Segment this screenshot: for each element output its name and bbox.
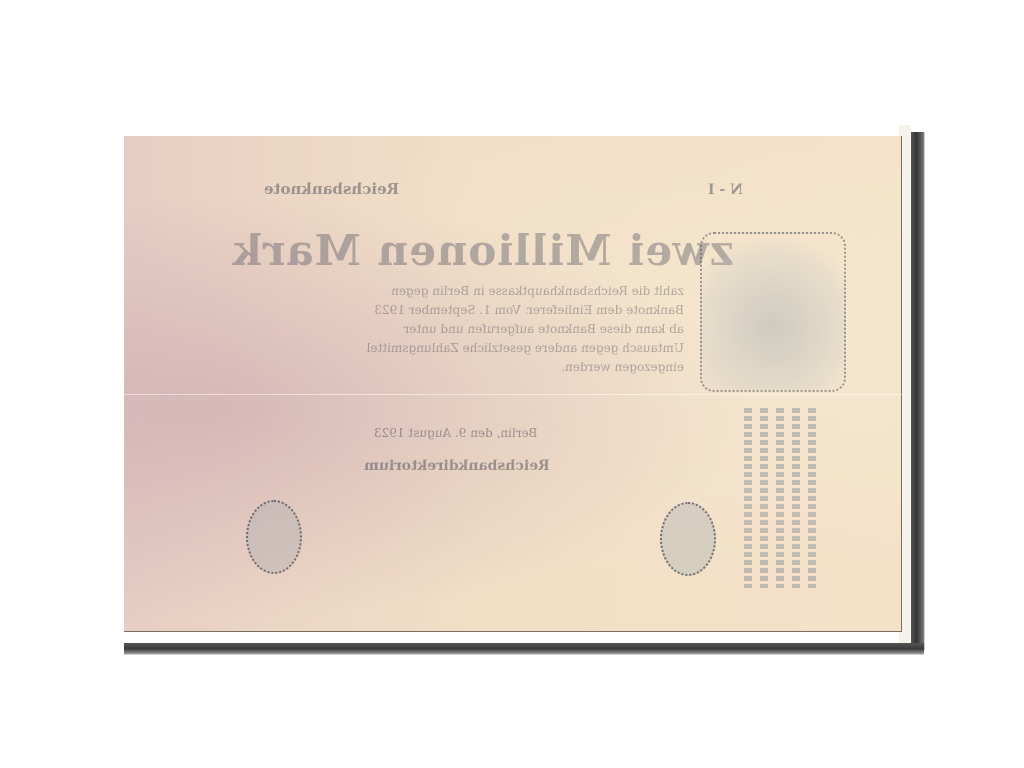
signatures: [334, 508, 574, 568]
eagle-seal-icon: [660, 502, 716, 576]
denomination-text: zwei Millionen Mark: [232, 226, 734, 275]
banknote: Reichsbanknote N - I zwei Millionen Mark…: [124, 136, 902, 632]
body-line: ab kann diese Banknote aufgerufen und un…: [242, 322, 684, 341]
serial-column: [808, 408, 816, 588]
eagle-seal-icon: [246, 500, 302, 574]
ornament-rosette-icon: [700, 232, 846, 392]
issuer-text: Reichsbankdirektorium: [364, 458, 550, 474]
serial-column: [760, 408, 768, 588]
serial-column: [776, 408, 784, 588]
fold-crease: [124, 394, 902, 395]
body-line: Banknote dem Einlieferer. Vom 1. Septemb…: [242, 303, 684, 322]
body-line: eingezogen werden.: [242, 360, 684, 379]
drop-shadow-right: [911, 132, 925, 650]
serial-column: [792, 408, 800, 588]
drop-shadow-bottom: [124, 643, 924, 655]
serial-column: [744, 408, 752, 588]
body-line: Umtausch gegen andere gesetzliche Zahlun…: [242, 341, 684, 360]
series-prefix: N - I: [708, 182, 743, 198]
header-text: Reichsbanknote: [264, 180, 399, 198]
body-line: zahlt die Reichsbankhauptkasse in Berlin…: [242, 284, 684, 303]
body-text: zahlt die Reichsbankhauptkasse in Berlin…: [242, 284, 684, 379]
date-line: Berlin, den 9. August 1923: [374, 426, 537, 440]
